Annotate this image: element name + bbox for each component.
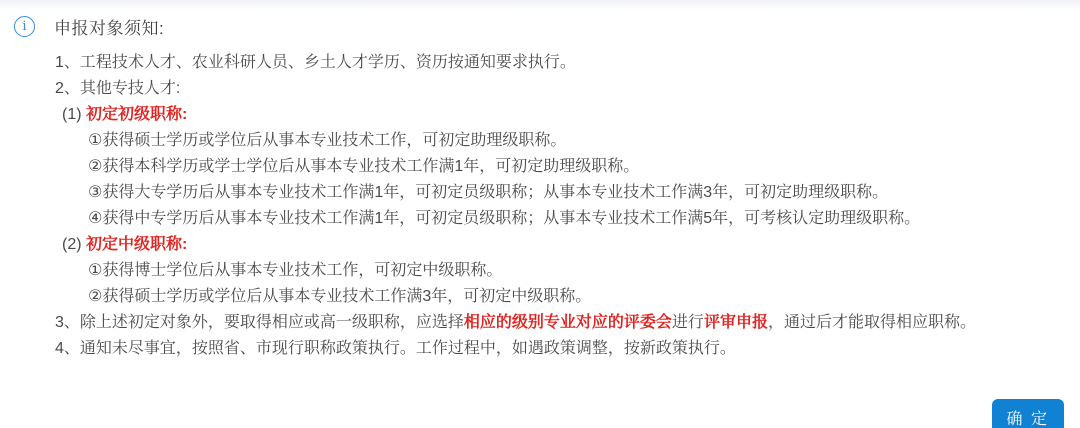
text-segment: ，通过后才能取得相应职称。 (768, 314, 976, 331)
text-segment: (2) (62, 236, 86, 253)
text-segment: ①获得硕士学历或学位后从事本专业技术工作，可初定助理级职称。 (88, 132, 566, 149)
notice-line-5: ②获得本科学历或学士学位后从事本专业技术工作满1年，可初定助理级职称。 (88, 154, 1070, 180)
text-segment: 2、其他专技人才: (55, 80, 180, 97)
text-segment: 1、工程技术人才、农业科研人员、乡土人才学历、资历按通知要求执行。 (55, 54, 576, 71)
notice-line-2: 2、其他专技人才: (55, 76, 1070, 102)
text-segment: ②获得本科学历或学士学位后从事本专业技术工作满1年，可初定助理级职称。 (88, 158, 639, 175)
notice-line-4: ①获得硕士学历或学位后从事本专业技术工作，可初定助理级职称。 (88, 128, 1070, 154)
notice-line-12: 4、通知未尽事宜，按照省、市现行职称政策执行。工作过程中，如遇政策调整，按新政策… (55, 336, 1070, 362)
text-segment: ④获得中专学历后从事本专业技术工作满1年，可初定员级职称；从事本专业技术工作满5… (88, 210, 920, 227)
notice-line-8: (2) 初定中级职称: (62, 232, 1070, 258)
emphasis-segment: 评审申报 (704, 314, 768, 331)
notice-line-1: 1、工程技术人才、农业科研人员、乡土人才学历、资历按通知要求执行。 (55, 50, 1070, 76)
emphasis-segment: 初定初级职称: (86, 106, 187, 123)
emphasis-segment: 初定中级职称: (86, 236, 187, 253)
text-segment: (1) (62, 106, 86, 123)
emphasis-segment: 相应的级别专业对应的评委会 (464, 314, 672, 331)
notice-header: i 申报对象须知: (0, 0, 1080, 43)
notice-dialog: i 申报对象须知: 1、工程技术人才、农业科研人员、乡土人才学历、资历按通知要求… (0, 0, 1080, 428)
notice-title: 申报对象须知: (54, 14, 164, 39)
notice-line-7: ④获得中专学历后从事本专业技术工作满1年，可初定员级职称；从事本专业技术工作满5… (88, 206, 1070, 232)
text-segment: 4、通知未尽事宜，按照省、市现行职称政策执行。工作过程中，如遇政策调整，按新政策… (55, 340, 736, 357)
text-segment: ③获得大专学历后从事本专业技术工作满1年，可初定员级职称；从事本专业技术工作满3… (88, 184, 888, 201)
notice-line-9: ①获得博士学位后从事本专业技术工作，可初定中级职称。 (88, 258, 1070, 284)
notice-line-3: (1) 初定初级职称: (62, 102, 1070, 128)
text-segment: 进行 (672, 314, 704, 331)
text-segment: ②获得硕士学历或学位后从事本专业技术工作满3年，可初定中级职称。 (88, 288, 591, 305)
notice-line-11: 3、除上述初定对象外，要取得相应或高一级职称，应选择相应的级别专业对应的评委会进… (55, 310, 1070, 336)
notice-body: 1、工程技术人才、农业科研人员、乡土人才学历、资历按通知要求执行。2、其他专技人… (0, 43, 1080, 362)
text-segment: 3、除上述初定对象外，要取得相应或高一级职称，应选择 (55, 314, 464, 331)
notice-line-10: ②获得硕士学历或学位后从事本专业技术工作满3年，可初定中级职称。 (88, 284, 1070, 310)
info-icon: i (14, 16, 35, 37)
notice-line-6: ③获得大专学历后从事本专业技术工作满1年，可初定员级职称；从事本专业技术工作满3… (88, 180, 1070, 206)
text-segment: ①获得博士学位后从事本专业技术工作，可初定中级职称。 (88, 262, 502, 279)
confirm-button[interactable]: 确 定 (992, 399, 1064, 428)
